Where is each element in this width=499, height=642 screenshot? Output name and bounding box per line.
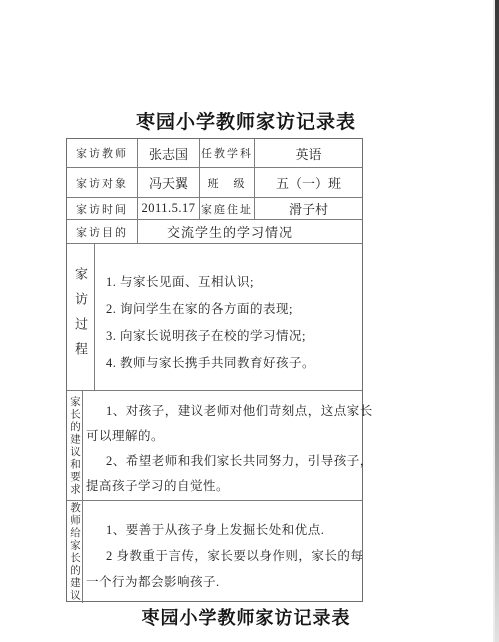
field-label-visit-time: 家访时间 — [67, 198, 138, 219]
table-row-student-class: 家访对象 冯天翼 班 级 五（一）班 — [67, 168, 362, 198]
field-label-class: 班 级 — [200, 168, 255, 197]
parent-suggestion-line-2: 可以理解的。 — [86, 424, 373, 449]
teacher-suggestion-line-2: 2 身教重于言传，家长要以身作则，家长的每 — [86, 543, 363, 569]
field-value-class: 五（一）班 — [255, 168, 362, 197]
scan-edge-shadow — [495, 0, 499, 642]
section-label-visit-process: 家访过程 — [67, 244, 95, 390]
process-line-4: 4. 教师与家长携手共同教育好孩子。 — [106, 350, 358, 377]
scanned-document-page: 枣园小学教师家访记录表 家访教师 张志国 任教学科 英语 家访对象 冯天翼 班 … — [0, 0, 499, 642]
process-line-3: 3. 向家长说明孩子在校的学习情况; — [106, 323, 358, 350]
vertical-label-text: 教师给家长的建议 — [67, 502, 82, 602]
section-content-visit-process: 1. 与家长见面、互相认识; 2. 询问学生在家的各方面的表现; 3. 向家长说… — [95, 244, 362, 390]
field-value-visit-purpose: 交流学生的学习情况 — [138, 220, 362, 243]
field-label-visit-purpose: 家访目的 — [67, 220, 138, 243]
teacher-suggestion-line-3: 一个行为都会影响孩子. — [86, 569, 363, 595]
section-content-teacher-suggestions: 1、要善于从孩子身上发掘长处和优点. 2 身教重于言传，家长要以身作则，家长的每… — [83, 501, 365, 603]
section-label-parent-suggestions: 家长的建议和要求 — [67, 391, 83, 500]
teacher-suggestion-line-1: 1、要善于从孩子身上发掘长处和优点. — [86, 517, 363, 543]
vertical-label-text: 家长的建议和要求 — [67, 396, 82, 496]
process-line-2: 2. 询问学生在家的各方面的表现; — [106, 296, 358, 323]
home-visit-record-table: 家访教师 张志国 任教学科 英语 家访对象 冯天翼 班 级 五（一）班 家访时间… — [66, 138, 363, 602]
section-teacher-suggestions: 教师给家长的建议 1、要善于从孩子身上发掘长处和优点. 2 身教重于言传，家长要… — [67, 501, 362, 603]
parent-suggestion-line-3: 2、希望老师和我们家长共同努力，引导孩子， — [86, 449, 373, 474]
field-label-teaching-subject: 任教学科 — [200, 139, 255, 167]
field-value-visit-target: 冯天翼 — [138, 168, 200, 197]
process-line-1: 1. 与家长见面、互相认识; — [106, 269, 358, 296]
document-title-top: 枣园小学教师家访记录表 — [0, 107, 492, 134]
field-value-visit-time: 2011.5.17 — [138, 198, 200, 219]
field-value-teaching-subject: 英语 — [255, 139, 362, 167]
section-content-parent-suggestions: 1、对孩子，建议老师对他们苛刻点，这点家长 可以理解的。 2、希望老师和我们家长… — [83, 391, 375, 500]
field-value-visit-teacher: 张志国 — [138, 139, 200, 167]
section-label-teacher-suggestions: 教师给家长的建议 — [67, 501, 83, 603]
field-label-visit-teacher: 家访教师 — [67, 139, 138, 167]
table-row-teacher-subject: 家访教师 张志国 任教学科 英语 — [67, 139, 362, 168]
table-row-purpose: 家访目的 交流学生的学习情况 — [67, 220, 362, 244]
section-parent-suggestions: 家长的建议和要求 1、对孩子，建议老师对他们苛刻点，这点家长 可以理解的。 2、… — [67, 391, 362, 501]
field-value-home-address: 滑子村 — [255, 198, 362, 219]
document-title-bottom: 枣园小学教师家访记录表 — [0, 604, 492, 630]
field-label-home-address: 家庭住址 — [200, 198, 255, 219]
section-visit-process: 家访过程 1. 与家长见面、互相认识; 2. 询问学生在家的各方面的表现; 3.… — [67, 244, 362, 391]
parent-suggestion-line-4: 提高孩子学习的自觉性。 — [86, 474, 373, 499]
field-label-visit-target: 家访对象 — [67, 168, 138, 197]
parent-suggestion-line-1: 1、对孩子，建议老师对他们苛刻点，这点家长 — [86, 399, 373, 424]
vertical-label-text: 家访过程 — [71, 267, 90, 367]
table-row-time-address: 家访时间 2011.5.17 家庭住址 滑子村 — [67, 198, 362, 220]
